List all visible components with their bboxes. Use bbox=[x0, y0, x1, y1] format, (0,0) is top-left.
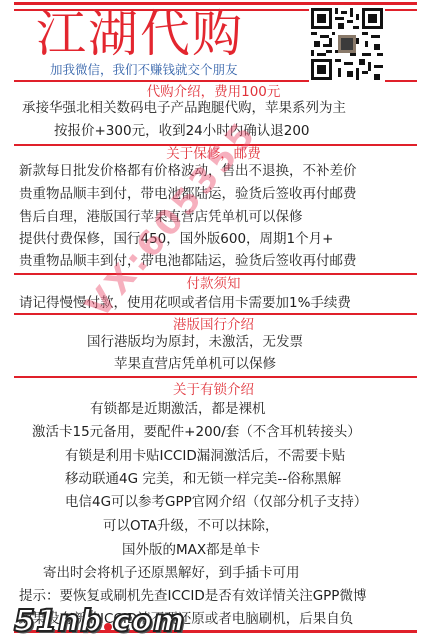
page-title: 江湖代购 bbox=[36, 6, 244, 62]
header-rule-left bbox=[14, 80, 309, 82]
site-watermark-suffix: com bbox=[113, 604, 186, 639]
section-line: 提示：要恢复或刷机先查ICCID是否有效详情关注GPP微博 bbox=[19, 586, 366, 606]
top-rule-thin-right bbox=[385, 9, 417, 11]
section-line: 有锁是利用卡贴ICCID漏洞激活后，不需要卡贴 bbox=[65, 446, 345, 466]
section-line: 售后自理，港版国行苹果直营店凭单机可以保修 bbox=[19, 207, 303, 227]
section-divider bbox=[14, 313, 417, 315]
header-rule-right bbox=[385, 80, 417, 82]
qr-code-icon bbox=[311, 8, 383, 80]
section-line: 贵重物品顺丰到付，带电池都陆运，验货后签收再付邮费 bbox=[19, 184, 357, 204]
section-line: 新款每日批发价格都有价格波动，售出不退换，不补差价 bbox=[19, 161, 357, 181]
qr-code[interactable] bbox=[311, 8, 383, 80]
site-watermark-logo: 51nbcom bbox=[14, 604, 185, 639]
section-title-warranty-shipping: 关于保修，邮费 bbox=[0, 146, 427, 162]
section-line: 寄出时会将机子还原黑解好，到手插卡可用 bbox=[43, 563, 300, 583]
section-line: 请记得慢慢付款，使用花呗或者信用卡需要加1%手续费 bbox=[19, 293, 351, 313]
section-line: 激活卡15元备用，要配件+200/套（不含耳机转接头） bbox=[32, 422, 361, 442]
section-line: 承接华强北相关数码电子产品跑腿代购，苹果系列为主 bbox=[22, 98, 346, 118]
section-line: 贵重物品顺丰到付，带电池都陆运，验货后签收再付邮费 bbox=[19, 251, 357, 271]
section-line: 可以OTA升级，不可以抹除， bbox=[103, 516, 279, 536]
section-line: 移动联通4G 完美，和无锁一样完美--俗称黑解 bbox=[65, 469, 341, 489]
section-line: 有锁都是近期激活，都是裸机 bbox=[90, 399, 266, 419]
page-subtitle: 加我微信，我们不赚钱就交个朋友 bbox=[50, 62, 238, 77]
section-divider bbox=[14, 273, 417, 275]
section-title-payment-notice: 付款须知 bbox=[0, 276, 427, 292]
section-line: 按报价+300元，收到24小时内确认退200 bbox=[54, 121, 310, 141]
section-line: 苹果直营店凭单机可以保修 bbox=[114, 354, 276, 374]
section-line: 提供付费保修，国行450，国外版600，周期1个月+ bbox=[19, 229, 333, 249]
section-line: 国外版的MAX都是单卡 bbox=[122, 540, 260, 560]
section-title-locked-phones: 关于有锁介绍 bbox=[0, 382, 427, 398]
section-line: 国行港版均为原封，未激活，无发票 bbox=[87, 332, 303, 352]
section-title-hk-cn-versions: 港版国行介绍 bbox=[0, 317, 427, 333]
site-watermark-dot bbox=[104, 623, 112, 631]
section-line: 电信4G可以参考GPP官网介绍（仅部分机子支持） bbox=[65, 492, 367, 512]
section-divider bbox=[14, 376, 417, 378]
site-watermark-prefix: 51nb bbox=[14, 604, 103, 639]
